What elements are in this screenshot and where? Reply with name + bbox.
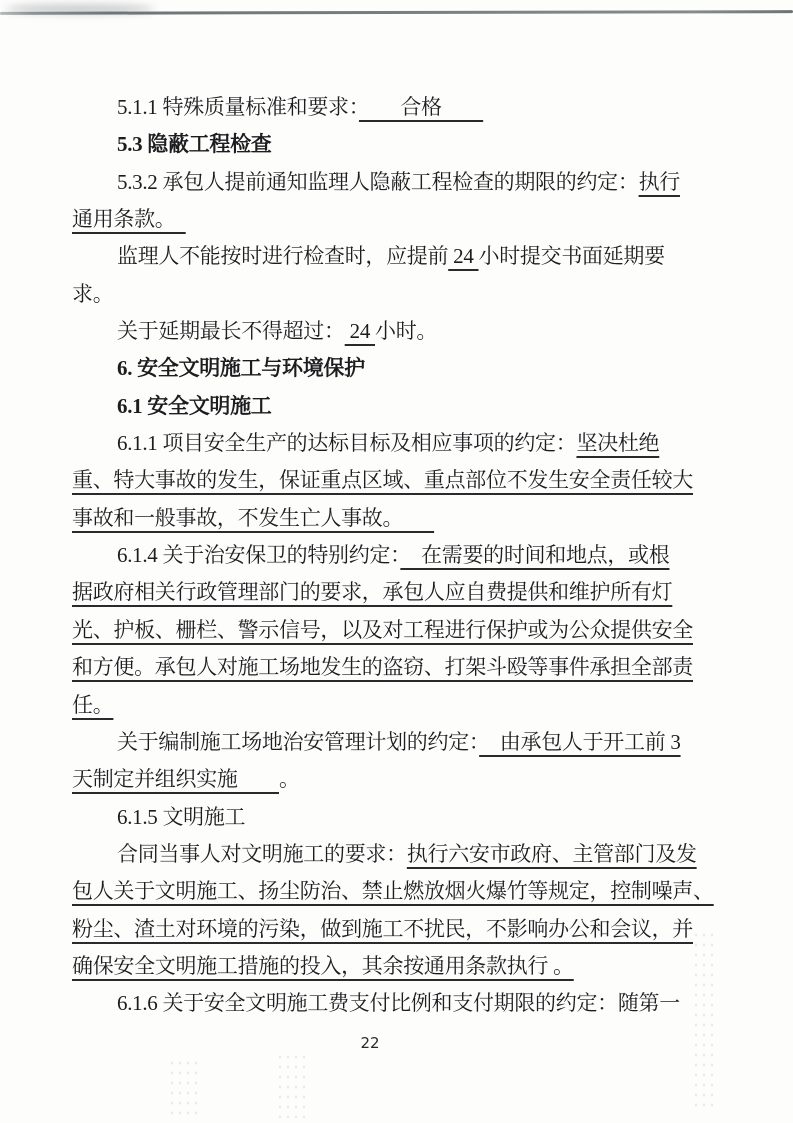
underlined-fill-in-text: 在需要的时间和地点，或根: [400, 543, 669, 567]
underlined-fill-in-text: 24: [448, 244, 478, 268]
underlined-fill-in-text: 坚决杜绝: [576, 431, 659, 455]
underlined-fill-in-text: 和方便。承包人对施工场地发生的盗窃、打架斗殴等事件承担全部责: [72, 655, 693, 679]
doc-line: 关于延期最长不得超过： 24 小时。: [72, 313, 752, 350]
text-segment: 小时。: [375, 319, 437, 343]
doc-line: 粉尘、渣土对环境的污染，做到施工不扰民，不影响办公和会议，并: [72, 911, 752, 948]
text-segment: 合同当事人对文明施工的要求：: [117, 842, 407, 866]
doc-line: 任。: [72, 687, 752, 724]
underlined-fill-in-text: 天制定并组织实施: [72, 767, 279, 791]
underlined-fill-in-text: 通用条款。: [72, 207, 186, 231]
doc-line: 事故和一般事故，不发生亡人事故。: [72, 500, 752, 537]
underlined-fill-in-text: 粉尘、渣土对环境的污染，做到施工不扰民，不影响办公和会议，并: [72, 917, 693, 941]
doc-line: 通用条款。: [72, 201, 752, 238]
document-body: 5.1.1 特殊质量标准和要求： 合格 5.3 隐蔽工程检查5.3.2 承包人提…: [72, 89, 752, 1023]
text-segment: 。: [279, 767, 300, 791]
underlined-fill-in-text: 确保安全文明施工措施的投入，其余按通用条款执行 。: [72, 954, 574, 978]
text-segment: 求。: [72, 282, 113, 306]
text-segment: 6.1.1 项目安全生产的达标目标及相应事项的约定：: [117, 431, 576, 455]
doc-line: 光、护板、栅栏、警示信号，以及对工程进行保护或为公众提供安全: [72, 612, 752, 649]
underlined-fill-in-text: 重、特大事故的发生，保证重点区域、重点部位不发生安全责任较大: [72, 468, 693, 492]
doc-line: 包人关于文明施工、扬尘防治、禁止燃放烟火爆竹等规定，控制噪声、: [72, 873, 752, 910]
underlined-fill-in-text: 据政府相关行政管理部门的要求，承包人应自费提供和维护所有灯: [72, 580, 672, 604]
doc-line: 合同当事人对文明施工的要求：执行六安市政府、主管部门及发: [72, 836, 752, 873]
doc-line: 5.3 隐蔽工程检查: [72, 126, 752, 163]
text-segment: 6.1.4 关于治安保卫的特别约定：: [117, 543, 400, 567]
doc-line: 监理人不能按时进行检查时，应提前 24 小时提交书面延期要: [72, 238, 752, 275]
doc-line: 天制定并组织实施 。: [72, 761, 752, 798]
text-segment: 5.3 隐蔽工程检查: [117, 132, 272, 156]
text-segment: 5.1.1 特殊质量标准和要求：: [117, 95, 359, 119]
doc-line: 求。: [72, 276, 752, 313]
doc-line: 6.1.5 文明施工: [72, 799, 752, 836]
doc-line: 5.1.1 特殊质量标准和要求： 合格: [72, 89, 752, 126]
doc-line: 据政府相关行政管理部门的要求，承包人应自费提供和维护所有灯: [72, 574, 752, 611]
underlined-fill-in-text: 事故和一般事故，不发生亡人事故。: [72, 506, 434, 530]
scanned-contract-page: 5.1.1 特殊质量标准和要求： 合格 5.3 隐蔽工程检查5.3.2 承包人提…: [0, 0, 793, 1123]
doc-line: 6. 安全文明施工与环境保护: [72, 350, 752, 387]
text-segment: 6.1 安全文明施工: [117, 394, 272, 418]
doc-line: 5.3.2 承包人提前通知监理人隐蔽工程检查的期限的约定：执行: [72, 164, 752, 201]
underlined-fill-in-text: 包人关于文明施工、扬尘防治、禁止燃放烟火爆竹等规定，控制噪声、: [72, 879, 714, 903]
underlined-fill-in-text: 光、护板、栅栏、警示信号，以及对工程进行保护或为公众提供安全: [72, 618, 693, 642]
scan-noise: [168, 1058, 202, 1118]
text-segment: 6.1.6 关于安全文明施工费支付比例和支付期限的约定：随第一: [117, 991, 680, 1015]
text-segment: 监理人不能按时进行检查时，应提前: [117, 244, 448, 268]
text-segment: 6.1.5 文明施工: [117, 805, 245, 829]
text-segment: 5.3.2 承包人提前通知监理人隐蔽工程检查的期限的约定：: [117, 170, 639, 194]
page-number: 22: [0, 1034, 740, 1052]
underlined-fill-in-text: 任。: [72, 693, 113, 717]
doc-line: 6.1.6 关于安全文明施工费支付比例和支付期限的约定：随第一: [72, 985, 752, 1022]
text-segment: 关于延期最长不得超过：: [117, 319, 345, 343]
doc-line: 重、特大事故的发生，保证重点区域、重点部位不发生安全责任较大: [72, 462, 752, 499]
doc-line: 6.1.4 关于治安保卫的特别约定： 在需要的时间和地点，或根: [72, 537, 752, 574]
text-segment: 小时提交书面延期要: [479, 244, 665, 268]
underlined-fill-in-text: 24: [345, 319, 375, 343]
doc-line: 6.1 安全文明施工: [72, 388, 752, 425]
underlined-fill-in-text: 执行: [639, 170, 680, 194]
underlined-fill-in-text: 由承包人于开工前 3: [479, 730, 680, 754]
scan-edge-artifact: [0, 10, 793, 15]
doc-line: 6.1.1 项目安全生产的达标目标及相应事项的约定：坚决杜绝: [72, 425, 752, 462]
doc-line: 确保安全文明施工措施的投入，其余按通用条款执行 。: [72, 948, 752, 985]
doc-line: 关于编制施工场地治安管理计划的约定： 由承包人于开工前 3: [72, 724, 752, 761]
scan-noise: [276, 1052, 306, 1118]
text-segment: 关于编制施工场地治安管理计划的约定：: [117, 730, 479, 754]
underlined-fill-in-text: 合格: [359, 95, 483, 119]
doc-line: 和方便。承包人对施工场地发生的盗窃、打架斗殴等事件承担全部责: [72, 649, 752, 686]
text-segment: 6. 安全文明施工与环境保护: [117, 356, 365, 380]
underlined-fill-in-text: 执行六安市政府、主管部门及发: [407, 842, 697, 866]
